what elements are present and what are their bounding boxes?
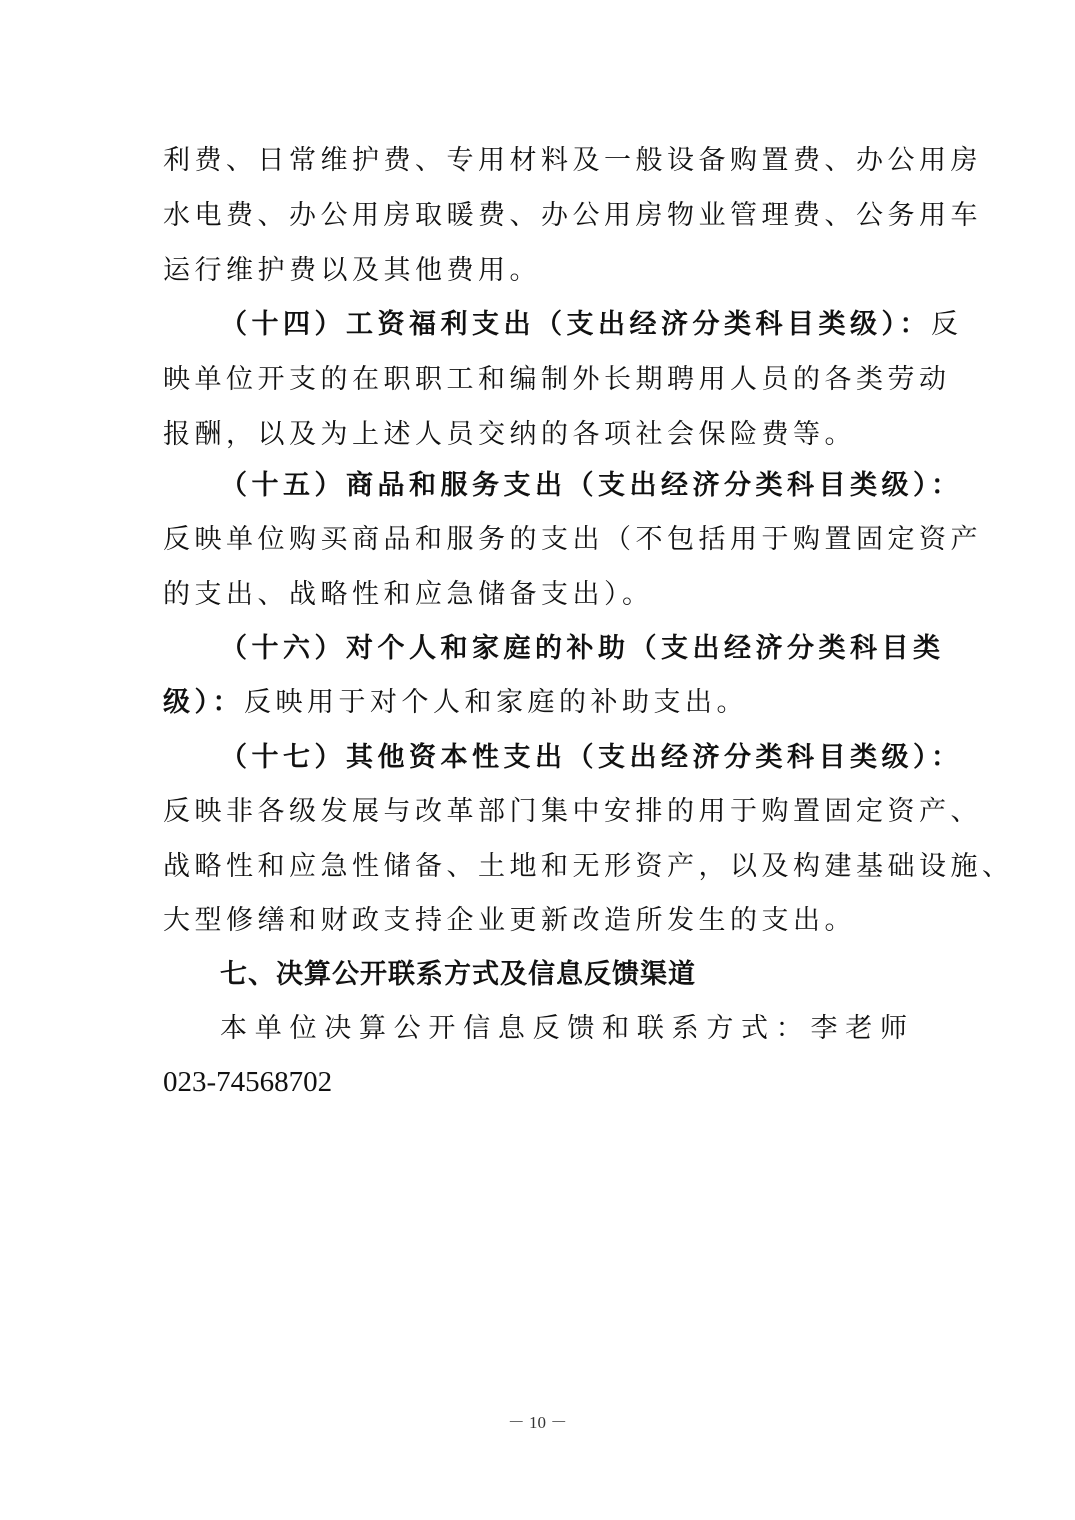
item-16-heading-line2: 级）：反映用于对个人和家庭的补助支出。: [163, 685, 913, 721]
contact-phone: 023-74568702: [163, 1064, 913, 1100]
body-text-line: 反映单位购买商品和服务的支出（不包括用于购置固定资产: [163, 522, 913, 558]
page-number: － 10 －: [0, 1408, 1075, 1433]
document-page: 利费、日常维护费、专用材料及一般设备购置费、办公用房 水电费、办公用房取暖费、办…: [0, 0, 1075, 1520]
item-15-heading: （十五）商品和服务支出（支出经济分类科目类级）：: [220, 468, 913, 504]
body-text-line: 反映非各级发展与改革部门集中安排的用于购置固定资产、: [163, 794, 913, 830]
item-16-heading-cont: 级）：: [163, 687, 244, 718]
body-text-line: 映单位开支的在职职工和编制外长期聘用人员的各类劳动: [163, 362, 913, 398]
body-text: 反映用于对个人和家庭的补助支出。: [244, 687, 748, 718]
body-text: 反: [931, 309, 963, 340]
body-text-line: 运行维护费以及其他费用。: [163, 253, 913, 289]
body-text-line: 利费、日常维护费、专用材料及一般设备购置费、办公用房: [163, 143, 913, 179]
section-heading: 七、决算公开联系方式及信息反馈渠道: [220, 957, 913, 993]
item-16-heading: （十六）对个人和家庭的补助（支出经济分类科目类: [220, 631, 913, 667]
contact-line: 本单位决算公开信息反馈和联系方式：李老师: [220, 1011, 913, 1047]
body-text-line: 水电费、办公用房取暖费、办公用房物业管理费、公务用车: [163, 198, 913, 234]
body-text-line: 战略性和应急性储备、土地和无形资产，以及构建基础设施、: [163, 849, 913, 885]
item-17-heading: （十七）其他资本性支出（支出经济分类科目类级）：: [220, 740, 913, 776]
body-text-line: 报酬，以及为上述人员交纳的各项社会保险费等。: [163, 417, 913, 453]
item-14-heading: （十四）工资福利支出（支出经济分类科目类级）：: [220, 309, 931, 340]
body-text-line: 大型修缮和财政支持企业更新改造所发生的支出。: [163, 903, 913, 939]
body-text-line: 的支出、战略性和应急储备支出）。: [163, 577, 913, 613]
item-14-heading-line: （十四）工资福利支出（支出经济分类科目类级）：反: [220, 307, 913, 343]
